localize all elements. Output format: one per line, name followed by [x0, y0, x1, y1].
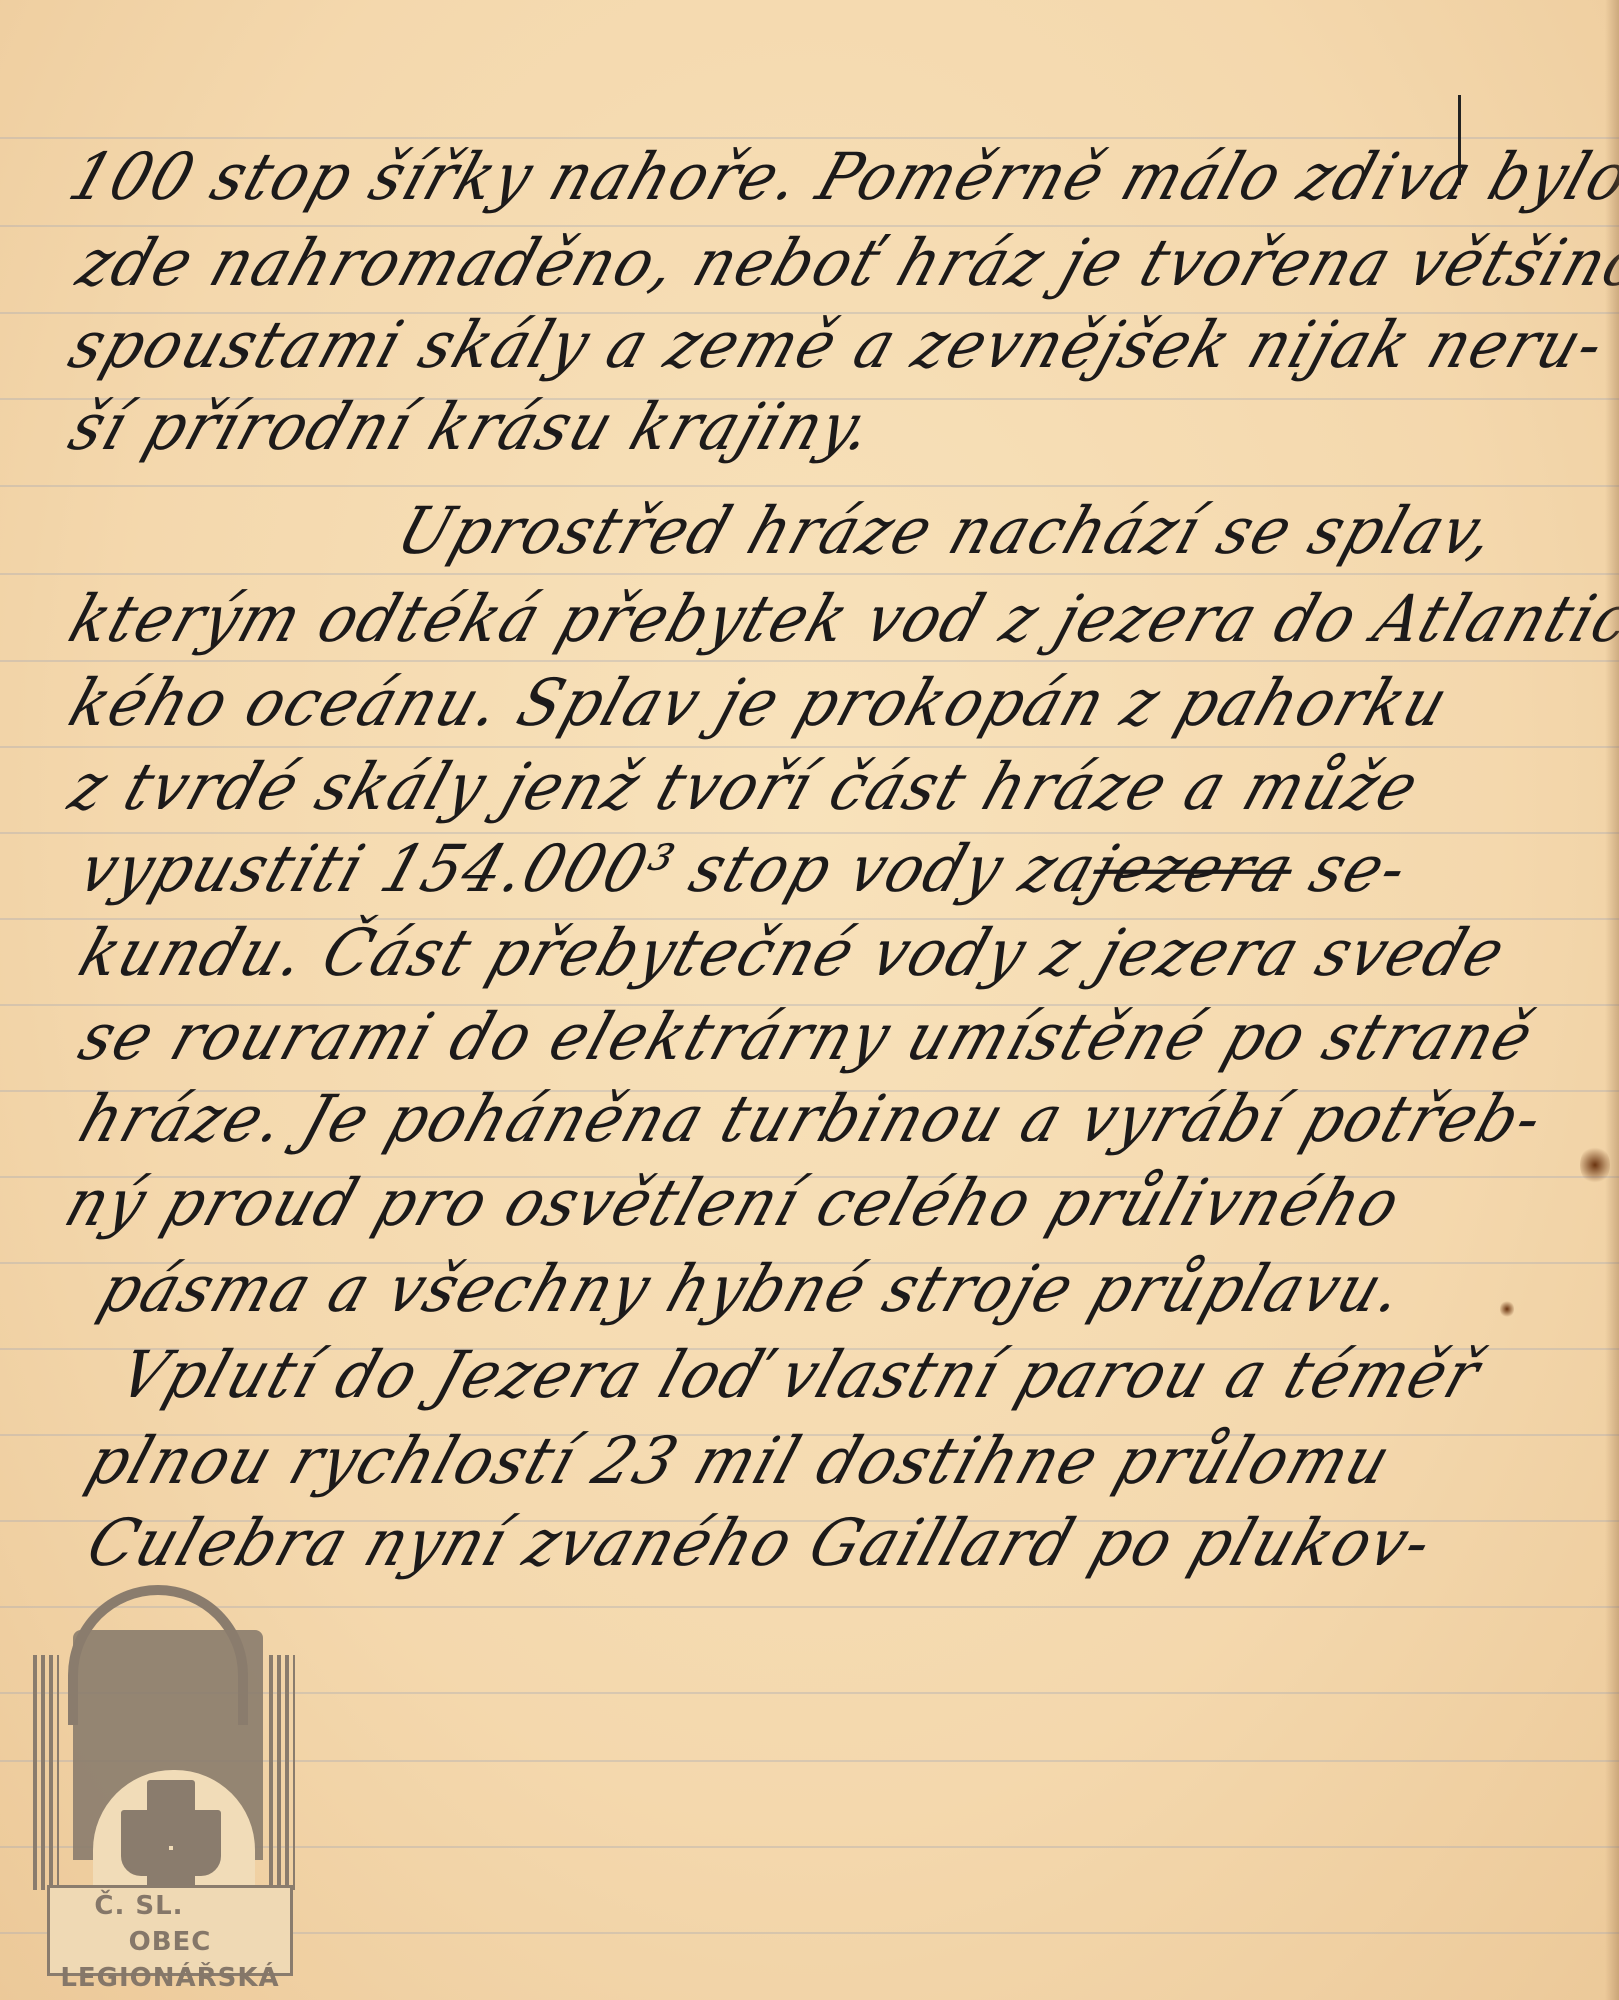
text-segment: vypustiti 154.000³ stop vody za	[70, 832, 1106, 908]
text-line: kého oceánu. Splav je prokopán z pahorku	[62, 671, 1457, 736]
helmet-icon	[68, 1585, 248, 1725]
text-line: kundu. Část přebytečné vody z jezera sve…	[72, 921, 1514, 986]
text-line: hráze. Je poháněna turbinou a vyrábí pot…	[72, 1087, 1551, 1152]
fasces-bars-left	[33, 1655, 59, 1890]
stamp-text-cs: Č. SL.	[94, 1891, 183, 1921]
text-line: z tvrdé skály jenž tvoří část hráze a mů…	[62, 755, 1427, 820]
text-line: kterým odtéká přebytek vod z jezera do A…	[62, 587, 1619, 652]
manuscript-page: 100 stop šířky nahoře. Poměrně málo zdiv…	[0, 0, 1619, 2000]
fasces-bars-right	[269, 1655, 295, 1890]
text-line: plnou rychlostí 23 mil dostihne průlomu	[80, 1429, 1399, 1494]
text-line: Uprostřed hráze nachází se splav,	[390, 499, 1504, 564]
text-line: vypustiti 154.000³ stop vody zajezera se…	[72, 837, 1416, 902]
stamp-text: Č. SL. OBEC LEGIONÁŘSKÁ	[47, 1885, 293, 1976]
stamp-text-obec: OBEC	[129, 1927, 212, 1957]
text-line: 100 stop šířky nahoře. Poměrně málo zdiv…	[62, 145, 1619, 210]
text-line: spoustami skály a země a zevnějšek nijak…	[62, 313, 1613, 378]
text-line: ší přírodní krásu krajiny.	[62, 395, 882, 460]
text-line: zde nahromaděno, neboť hráz je tvořena v…	[70, 231, 1619, 296]
stamp-text-legionarska: LEGIONÁŘSKÁ	[50, 1960, 290, 1996]
ink-stain	[1500, 1300, 1514, 1318]
text-line: se rourami do elektrárny umístěné po str…	[72, 1005, 1542, 1070]
text-line: pásma a všechny hybné stroje průplavu.	[92, 1257, 1412, 1322]
struck-word: jezera	[1082, 832, 1304, 908]
legion-watermark-logo: Č. SL. OBEC LEGIONÁŘSKÁ	[33, 1560, 303, 1980]
text-line: Vplutí do Jezera loď vlastní parou a tém…	[112, 1343, 1489, 1408]
text-line: ný proud pro osvětlení celého průlivného	[58, 1171, 1409, 1236]
page-edge-shadow	[1605, 0, 1619, 2000]
